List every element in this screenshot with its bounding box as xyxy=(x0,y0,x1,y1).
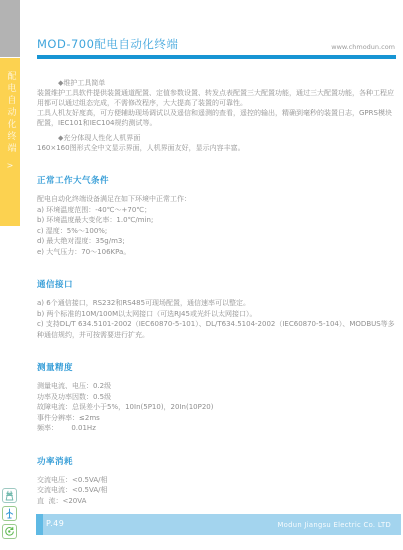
section-measurement-accuracy: 测量精度 测量电流、电压：0.2级 功率及功率因数：0.5级 故障电流：总误差小… xyxy=(37,361,396,434)
section-heading: 功率消耗 xyxy=(37,455,396,467)
spec-line: b) 环境温度最大变化率：1.0℃/min; xyxy=(37,215,396,226)
wind-turbine-icon xyxy=(2,506,17,521)
eco-icon-column xyxy=(2,488,17,539)
website-link[interactable]: www.chmodun.com xyxy=(331,43,395,51)
footer-bar: P.49 Modun Jiangsu Electric Co. LTD xyxy=(36,514,401,535)
feature-paragraph: 160×160图形式全中文显示界面，人机界面友好，显示内容丰富。 xyxy=(37,143,396,153)
feature-bullet: ◆维护工具简单 xyxy=(58,78,396,88)
feature-bullet: ◆充分体现人性化人机界面 xyxy=(58,133,396,143)
spec-line: c) 湿度：5%～100%; xyxy=(37,226,396,237)
section-heading: 通信接口 xyxy=(37,278,396,290)
section-communication-interface: 通信接口 a) 6个通信接口，RS232和RS485可现场配置，通信速率可以整定… xyxy=(37,278,396,340)
page-title: MOD-700配电自动化终端 xyxy=(37,36,178,52)
sidebar-tab-distribution-automation[interactable]: 配电自动化终端 > xyxy=(0,58,20,226)
green-energy-icon xyxy=(2,524,17,539)
spec-line: 交流电流：<0.5VA/相 xyxy=(37,485,396,496)
spec-line: e) 大气压力：70～106KPa。 xyxy=(37,247,396,258)
spec-line: 故障电流：总误差小于5%，10In(5P10)，20In(10P20) xyxy=(37,402,396,413)
section-power-consumption: 功率消耗 交流电压：<0.5VA/相 交流电流：<0.5VA/相 直 流：<20… xyxy=(37,455,396,507)
feature-maintenance-tool: ◆维护工具简单 装置维护工具软件提供装置通道配置、定值参数设置、转发点表配置三大… xyxy=(37,78,396,128)
chevron-right-icon: > xyxy=(7,161,14,170)
feature-paragraph: 工具人机友好度高，可方便辅助现场调试以及遥信和遥测的查看，遥控的输出，精确到毫秒… xyxy=(37,108,396,128)
section-heading: 正常工作大气条件 xyxy=(37,174,396,186)
section-heading: 测量精度 xyxy=(37,361,396,373)
header-divider xyxy=(37,55,396,59)
spec-line: b) 两个标准的10M/100M以太网接口（可选RJ45或光纤以太网接口）。 xyxy=(37,309,396,320)
feature-paragraph: 装置维护工具软件提供装置通道配置、定值参数设置、转发点表配置三大配置功能，通过三… xyxy=(37,88,396,108)
spec-line: c) 支持DL/T 634.5101-2002（IEC60870-5-101）、… xyxy=(37,319,396,340)
spec-line: 交流电压：<0.5VA/相 xyxy=(37,475,396,486)
section-operating-conditions: 正常工作大气条件 配电自动化终端设备满足在如下环境中正常工作： a) 环境温度范… xyxy=(37,174,396,257)
spec-line: 事件分辨率：≤2ms xyxy=(37,413,396,424)
main-content: ◆维护工具简单 装置维护工具软件提供装置通道配置、定值参数设置、转发点表配置三大… xyxy=(37,78,396,506)
spec-line: 配电自动化终端设备满足在如下环境中正常工作： xyxy=(37,194,396,205)
spec-line: a) 环境温度范围：-40℃～+70℃； xyxy=(37,205,396,216)
company-name: Modun Jiangsu Electric Co. LTD xyxy=(278,521,392,529)
spec-line: 测量电流、电压：0.2级 xyxy=(37,381,396,392)
page-number: P.49 xyxy=(46,519,64,528)
feature-hmi: ◆充分体现人性化人机界面 160×160图形式全中文显示界面，人机界面友好，显示… xyxy=(37,133,396,153)
transmission-tower-icon xyxy=(2,488,17,503)
footer-accent-block xyxy=(36,514,43,535)
spec-line: 功率及功率因数：0.5级 xyxy=(37,392,396,403)
spec-line: 直 流：<20VA xyxy=(37,496,396,507)
spec-line: d) 最大绝对湿度：35g/m3; xyxy=(37,236,396,247)
spec-line: a) 6个通信接口，RS232和RS485可现场配置，通信速率可以整定。 xyxy=(37,298,396,309)
sidebar-tab-label: 配电自动化终端 xyxy=(6,71,15,155)
catalog-page: 配电自动化终端 > MOD-700配电自动化终端 www.chmodun.com… xyxy=(0,0,403,550)
top-gray-block xyxy=(0,0,20,57)
spec-line: 频率： 0.01Hz xyxy=(37,423,396,434)
